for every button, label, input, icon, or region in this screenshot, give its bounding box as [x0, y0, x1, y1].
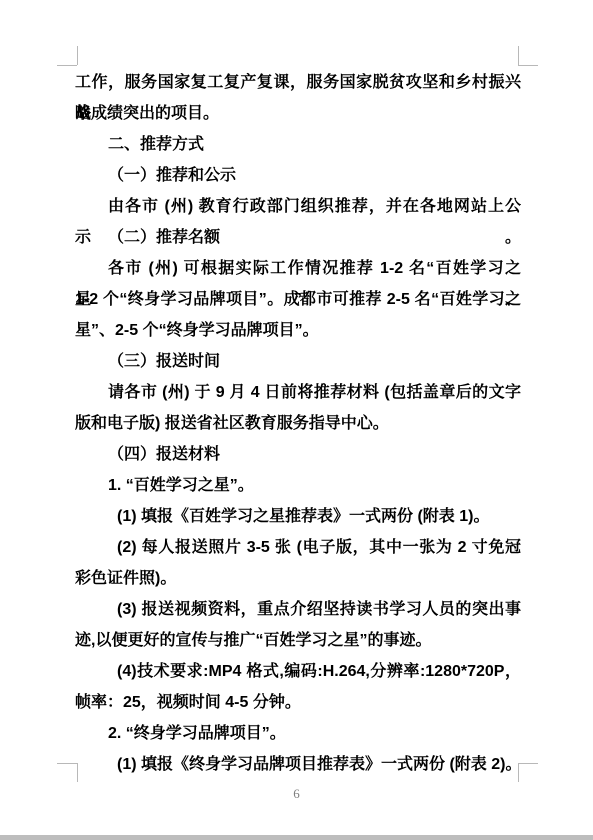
doc-heading-level2: （三）报送时间 [75, 346, 521, 377]
doc-line: 各市 (州) 可根据实际工作情况推荐 1-2 名“百姓学习之星”、 [75, 253, 521, 284]
doc-list-item: (4)技术要求:MP4 格式,编码:H.264,分辨率:1280*720P， [75, 656, 521, 687]
doc-line: 彩色证件照)。 [75, 563, 521, 594]
doc-line: 星”、2-5 个“终身学习品牌项目”。 [75, 315, 521, 346]
doc-line: 由各市 (州) 教育行政部门组织推荐，并在各地网站上公示。 [75, 191, 521, 222]
doc-list-item: (1) 填报《百姓学习之星推荐表》一式两份 (附表 1)。 [75, 501, 521, 532]
doc-line: 工作，服务国家复工复产复课，服务国家脱贫攻坚和乡村振兴战 [75, 67, 521, 98]
doc-line: 版和电子版) 报送省社区教育服务指导中心。 [75, 408, 521, 439]
canvas-bottom-strip [0, 835, 593, 840]
document-page: 工作，服务国家复工复产复课，服务国家脱贫攻坚和乡村振兴战 略成绩突出的项目。 二… [0, 0, 593, 840]
doc-list-item: (2) 每人报送照片 3-5 张 (电子版，其中一张为 2 寸免冠 [75, 532, 521, 563]
doc-line: 迹,以便更好的宣传与推广“百姓学习之星”的事迹。 [75, 625, 521, 656]
doc-line: 请各市 (州) 于 9 月 4 日前将推荐材料 (包括盖章后的文字 [75, 377, 521, 408]
doc-line: 帧率：25，视频时间 4-5 分钟。 [75, 687, 521, 718]
doc-line: 1-2 个“终身学习品牌项目”。成都市可推荐 2-5 名“百姓学习之 [75, 284, 521, 315]
doc-heading-level2: （四）报送材料 [75, 439, 521, 470]
document-body: 工作，服务国家复工复产复课，服务国家脱贫攻坚和乡村振兴战 略成绩突出的项目。 二… [75, 67, 521, 780]
doc-list-item: (1) 填报《终身学习品牌项目推荐表》一式两份 (附表 2)。 [75, 749, 521, 780]
doc-heading-level2: （一）推荐和公示 [75, 160, 521, 191]
doc-list-item: 1. “百姓学习之星”。 [75, 470, 521, 501]
doc-heading-level1: 二、推荐方式 [75, 129, 521, 160]
doc-list-item: 2. “终身学习品牌项目”。 [75, 718, 521, 749]
doc-list-item: (3) 报送视频资料，重点介绍坚持读书学习人员的突出事 [75, 594, 521, 625]
doc-line: 略成绩突出的项目。 [75, 98, 521, 129]
page-number: 6 [0, 786, 593, 802]
